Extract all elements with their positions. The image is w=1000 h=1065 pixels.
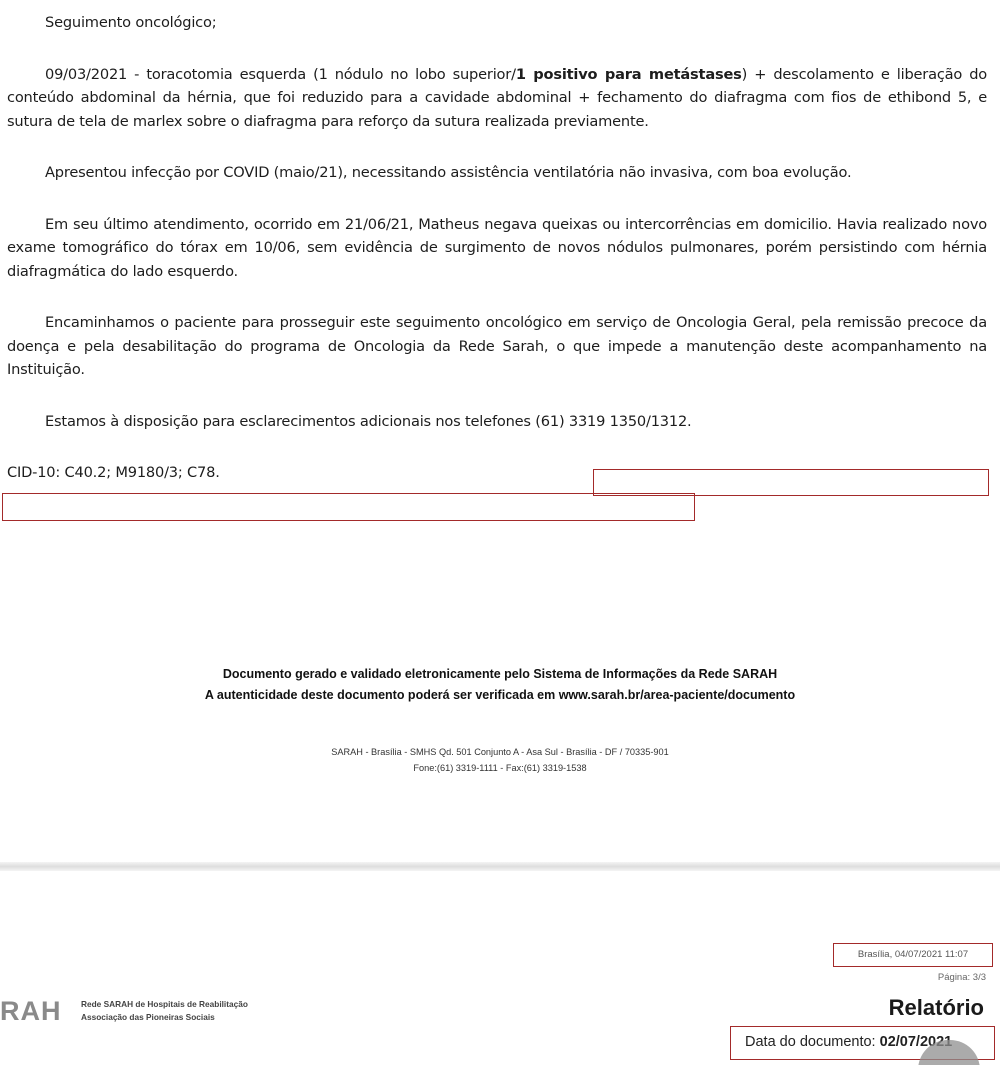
address-footer: SARAH - Brasília - SMHS Qd. 501 Conjunto… (0, 744, 1000, 776)
page-number: Página: 3/3 (938, 972, 986, 983)
referral-highlighted-text: desabilitação do programa de Oncologia d… (7, 338, 987, 379)
highlight-box-line2 (2, 493, 695, 521)
surgery-text-pre: 09/03/2021 - toracotomia esquerda (1 nód… (45, 66, 516, 83)
report-body: Seguimento oncológico; 09/03/2021 - tora… (7, 11, 987, 485)
org-line-2: Associação das Pioneiras Sociais (81, 1011, 248, 1024)
sarah-logo: RAH (0, 996, 62, 1026)
paragraph-last-visit: Em seu último atendimento, ocorrido em 2… (7, 213, 987, 284)
validation-line: Documento gerado e validado eletronicame… (0, 664, 1000, 685)
phone-line: Fone:(61) 3319-1111 - Fax:(61) 3319-1538 (0, 760, 1000, 776)
surgery-text-bold: 1 positivo para metástases (516, 66, 742, 83)
timestamp-stamp: Brasília, 04/07/2021 11:07 (833, 943, 993, 967)
page-separator (0, 862, 1000, 871)
paragraph-covid: Apresentou infecção por COVID (maio/21),… (7, 161, 987, 185)
address-line: SARAH - Brasília - SMHS Qd. 501 Conjunto… (0, 744, 1000, 760)
paragraph-surgery: 09/03/2021 - toracotomia esquerda (1 nód… (7, 63, 987, 134)
paragraph-referral: Encaminhamos o paciente para prosseguir … (7, 311, 987, 382)
org-name: Rede SARAH de Hospitais de Reabilitação … (81, 998, 248, 1024)
report-title: Relatório (889, 995, 984, 1021)
document-date-label: Data do documento: (745, 1034, 880, 1050)
validation-footer: Documento gerado e validado eletronicame… (0, 664, 1000, 706)
paragraph-cid: CID-10: C40.2; M9180/3; C78. (7, 461, 987, 485)
authenticity-line: A autenticidade deste documento poderá s… (0, 685, 1000, 706)
paragraph-followup: Seguimento oncológico; (7, 11, 987, 35)
org-line-1: Rede SARAH de Hospitais de Reabilitação (81, 998, 248, 1011)
paragraph-contact: Estamos à disposição para esclarecimento… (7, 410, 987, 434)
